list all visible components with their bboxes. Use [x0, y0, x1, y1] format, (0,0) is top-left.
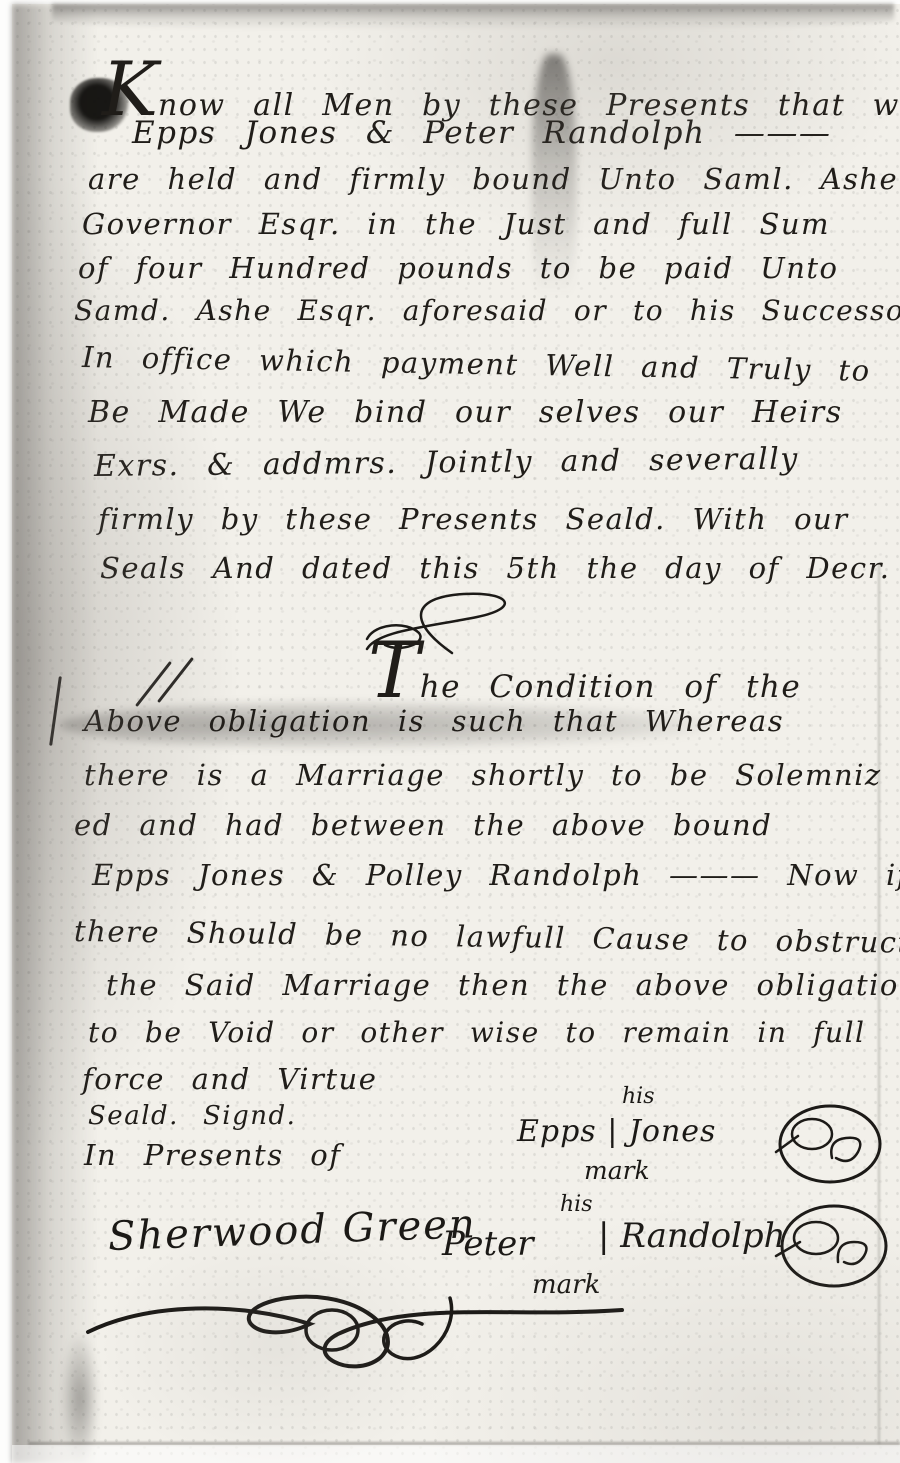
vertical-crease [878, 564, 880, 1444]
manuscript-line: Epps Jones & Polley Randolph ——— Now if [92, 860, 900, 892]
manuscript-line: In Presents of [84, 1140, 341, 1172]
paper-page: Know all Men by these Presents that we E… [12, 4, 900, 1463]
manuscript-line: Above obligation is such that Whereas [84, 706, 784, 738]
manuscript-line: there is a Marriage shortly to be Solemn… [84, 760, 882, 792]
manuscript-line: In office which payment Well and Truly t… [82, 342, 871, 388]
ink-smear [532, 54, 576, 324]
manuscript-line: Exrs. & addmrs. Jointly and severally [94, 443, 799, 483]
pen-tick [157, 657, 194, 703]
bottom-left-smudge [62, 1334, 98, 1463]
manuscript-line: to be Void or other wise to remain in fu… [88, 1018, 866, 1049]
bottom-margin [12, 1445, 900, 1463]
manuscript-line: Know all Men by these Presents that we [102, 62, 900, 122]
manuscript-line: ed and had between the above bound [74, 810, 772, 842]
scanned-document: Know all Men by these Presents that we E… [0, 0, 900, 1463]
manuscript-line: Samd. Ashe Esqr. aforesaid or to his Suc… [74, 296, 900, 327]
manuscript-line: there Should be no lawfull Cause to obst… [74, 916, 900, 960]
manuscript-line: force and Virtue [82, 1064, 377, 1096]
pen-tick [49, 676, 62, 746]
paper-left-edge-shadow [12, 4, 98, 1463]
his-mark-label: his [622, 1084, 655, 1109]
bottom-fold-crease [28, 1442, 900, 1445]
fold-smudge [60, 700, 720, 750]
pen-flourish [357, 587, 537, 659]
seal-flourish-icon [770, 1100, 886, 1190]
paper-top-edge-shadow [52, 4, 894, 30]
groom-signature: Epps | Jones [517, 1114, 716, 1149]
his-mark-label: his [560, 1192, 593, 1217]
manuscript-line: Seald. Signd. [88, 1102, 296, 1131]
manuscript-line: are held and firmly bound Unto Saml. Ash… [88, 164, 898, 196]
ink-blot [70, 78, 130, 132]
manuscript-line: Governor Esqr. in the Just and full Sum [82, 209, 830, 241]
manuscript-line: Seals And dated this 5th the day of Decr… [100, 553, 900, 585]
bondsman-signature-last: | Randolph [598, 1216, 786, 1256]
his-mark-label: mark [584, 1156, 650, 1185]
manuscript-line: Epps Jones & Peter Randolph ——— [132, 116, 831, 150]
manuscript-line: The Condition of the [368, 644, 801, 704]
manuscript-line: the Said Marriage then the above obligat… [106, 970, 900, 1002]
witness-signature: Sherwood Green [107, 1201, 477, 1260]
pen-flourish [300, 1294, 470, 1384]
bondsman-signature-first: Peter [442, 1224, 534, 1264]
manuscript-line: of four Hundred pounds to be paid Unto [78, 253, 839, 285]
seal-flourish-icon [772, 1200, 892, 1294]
manuscript-line: firmly by these Presents Seald. With our [98, 504, 849, 536]
pen-flourish [80, 1284, 630, 1384]
pen-tick [135, 661, 172, 707]
his-mark-label: mark [532, 1270, 600, 1300]
manuscript-line: Be Made We bind our selves our Heirs [88, 396, 843, 429]
